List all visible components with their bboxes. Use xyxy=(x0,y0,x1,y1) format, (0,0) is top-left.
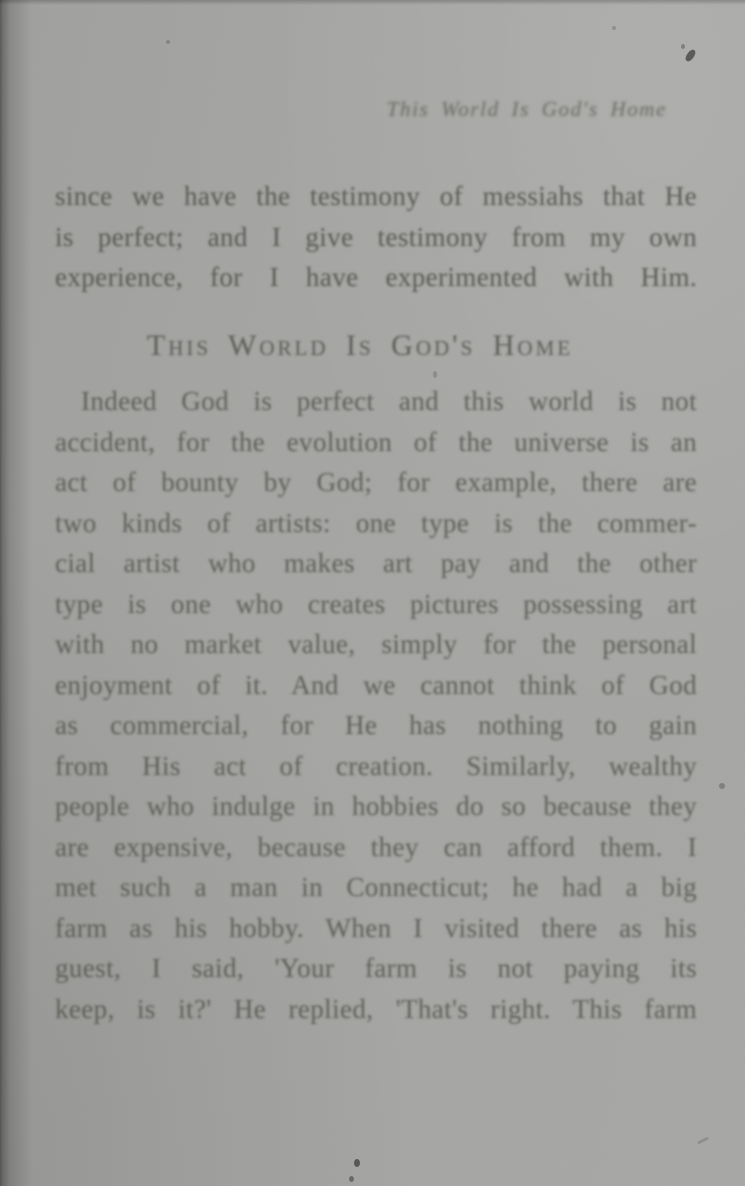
scan-speck xyxy=(684,48,697,63)
scan-speck xyxy=(166,40,170,44)
text-line: is perfect; and I give testimony from my… xyxy=(55,217,697,258)
text-line: met such a man in Connecticut; he had a … xyxy=(55,867,697,908)
section-heading: This World Is God's Home xyxy=(0,329,720,371)
text-line: two kinds of artists: one type is the co… xyxy=(55,503,697,544)
text-line: with no market value, simply for the per… xyxy=(55,624,697,665)
scanned-page: This World Is God's Home since we have t… xyxy=(0,0,745,1186)
paragraph-continuation: since we have the testimony of messiahs … xyxy=(55,176,697,298)
text-line: Indeed God is perfect and this world is … xyxy=(55,381,697,422)
text-line: from His act of creation. Similarly, wea… xyxy=(55,746,697,787)
text-line: type is one who creates pictures possess… xyxy=(55,584,697,625)
page-gutter-shadow xyxy=(0,0,32,1186)
scan-speck xyxy=(433,371,437,378)
scan-speck xyxy=(354,1159,360,1167)
text-line: people who indulge in hobbies do so beca… xyxy=(55,786,697,827)
scan-speck xyxy=(719,783,725,789)
text-line: cial artist who makes art pay and the ot… xyxy=(55,543,697,584)
page-top-edge-shadow xyxy=(0,0,745,5)
text-line: are expensive, because they can afford t… xyxy=(55,827,697,868)
text-line: since we have the testimony of messiahs … xyxy=(55,176,697,217)
text-line: enjoyment of it. And we cannot think of … xyxy=(55,665,697,706)
text-line: experience, for I have experimented with… xyxy=(55,257,697,298)
text-line: guest, I said, 'Your farm is not paying … xyxy=(55,948,697,989)
text-line: act of bounty by God; for example, there… xyxy=(55,462,697,503)
scan-speck xyxy=(681,44,685,49)
scan-speck xyxy=(612,26,616,30)
scan-speck xyxy=(697,1136,709,1144)
scan-speck xyxy=(349,1176,354,1182)
text-line: farm as his hobby. When I visited there … xyxy=(55,908,697,949)
text-line: accident, for the evolution of the unive… xyxy=(55,422,697,463)
running-header: This World Is God's Home xyxy=(0,97,667,127)
body-paragraph: Indeed God is perfect and this world is … xyxy=(55,381,697,1029)
text-line: keep, is it?' He replied, 'That's right.… xyxy=(55,989,697,1030)
text-line: as commercial, for He has nothing to gai… xyxy=(55,705,697,746)
